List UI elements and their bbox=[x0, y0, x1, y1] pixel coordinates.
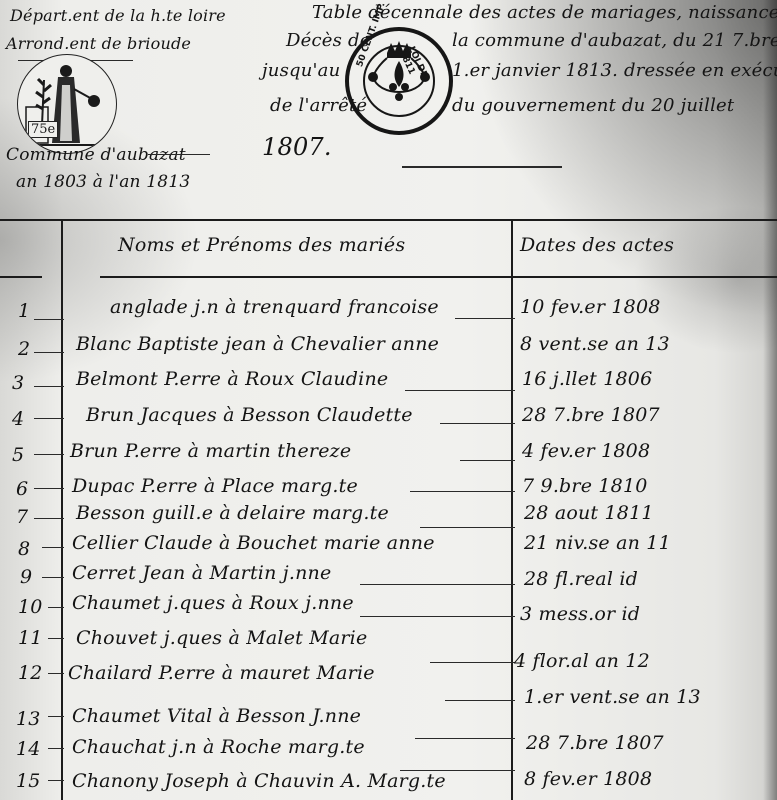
row-number: 13 bbox=[16, 708, 41, 730]
row-number: 9 bbox=[20, 566, 32, 588]
commune-dash bbox=[148, 154, 210, 155]
row-date: 4 flor.al an 12 bbox=[514, 650, 650, 672]
title-line-4b: du gouvernement du 20 juillet bbox=[452, 95, 734, 116]
row-date: 7 9.bre 1810 bbox=[522, 475, 648, 497]
row-date: 3 mess.or id bbox=[520, 603, 640, 625]
title-underline bbox=[402, 166, 562, 168]
period-line: an 1803 à l'an 1813 bbox=[16, 172, 190, 192]
title-line-2b: la commune d'aubazat, du 21 7.bre 1802 bbox=[452, 30, 777, 51]
row-names: Chaumet Vital à Besson J.nne bbox=[72, 705, 361, 727]
scanned-register-page: Départ.ent de la h.te loire Arrond.ent d… bbox=[0, 0, 777, 800]
row-number: 14 bbox=[16, 738, 41, 760]
table-middle-rule bbox=[511, 219, 513, 800]
row-names: Besson guill.e à delaire marg.te bbox=[76, 502, 389, 524]
row-date: 8 fev.er 1808 bbox=[524, 768, 652, 790]
row-names: Chailard P.erre à mauret Marie bbox=[68, 662, 375, 684]
row-names: Blanc Baptiste jean à Chevalier anne bbox=[76, 333, 439, 355]
row-date: 16 j.llet 1806 bbox=[522, 368, 652, 390]
table-left-rule bbox=[61, 219, 63, 800]
arrondissement-line: Arrond.ent de brioude bbox=[6, 34, 191, 53]
row-number: 8 bbox=[18, 538, 30, 560]
row-date: 28 7.bre 1807 bbox=[526, 732, 664, 754]
row-date: 28 fl.real id bbox=[524, 568, 638, 590]
title-line-5: 1807. bbox=[262, 133, 332, 161]
page-edge-shadow bbox=[763, 0, 777, 800]
row-names: Chouvet j.ques à Malet Marie bbox=[76, 627, 367, 649]
row-number: 2 bbox=[18, 338, 30, 360]
row-number: 7 bbox=[16, 506, 28, 528]
row-names: Cellier Claude à Bouchet marie anne bbox=[72, 532, 435, 554]
table-top-rule bbox=[0, 219, 777, 221]
row-date: 8 vent.se an 13 bbox=[520, 333, 670, 355]
row-date: 28 7.bre 1807 bbox=[522, 404, 660, 426]
header-bottom-rule-left bbox=[0, 276, 42, 278]
row-number: 3 bbox=[12, 372, 24, 394]
column-header-dates: Dates des actes bbox=[520, 234, 674, 256]
row-names: Belmont P.erre à Roux Claudine bbox=[76, 368, 388, 390]
title-line-3b: 1.er janvier 1813. dressée en exécution bbox=[452, 60, 777, 81]
row-names: Brun Jacques à Besson Claudette bbox=[86, 404, 413, 426]
row-names: Chauchat j.n à Roche marg.te bbox=[72, 736, 365, 758]
row-date: 10 fev.er 1808 bbox=[520, 296, 661, 318]
row-date: 21 niv.se an 11 bbox=[524, 532, 671, 554]
header-bottom-rule-right bbox=[100, 276, 777, 278]
title-line-3a: jusqu'au bbox=[262, 60, 340, 81]
row-number: 15 bbox=[16, 770, 41, 792]
column-header-names: Noms et Prénoms des mariés bbox=[118, 234, 405, 256]
crowned-fleur-de-lis-seal-icon: 50 CENT. IMP. LOI DE 1811 bbox=[345, 27, 453, 135]
department-line: Départ.ent de la h.te loire bbox=[10, 6, 226, 25]
vignette-number: 75e bbox=[28, 121, 58, 138]
row-number: 10 bbox=[18, 596, 43, 618]
row-names: Dupac P.erre à Place marg.te bbox=[72, 475, 358, 497]
row-names: Cerret Jean à Martin j.nne bbox=[72, 562, 331, 584]
row-number: 12 bbox=[18, 662, 43, 684]
row-date: 4 fev.er 1808 bbox=[522, 440, 650, 462]
row-names: Brun P.erre à martin thereze bbox=[70, 440, 351, 462]
row-names: anglade j.n à trenquard francoise bbox=[110, 296, 439, 318]
row-date: 28 aout 1811 bbox=[524, 502, 654, 524]
row-date: 1.er vent.se an 13 bbox=[524, 686, 701, 708]
row-number: 4 bbox=[12, 408, 24, 430]
row-number: 6 bbox=[16, 478, 28, 500]
liberty-figure-vignette-icon: 75e bbox=[17, 54, 117, 154]
commune-line: Commune d'aubazat bbox=[6, 145, 186, 165]
row-number: 1 bbox=[18, 300, 30, 322]
row-number: 11 bbox=[18, 627, 43, 649]
row-number: 5 bbox=[12, 444, 24, 466]
row-names: Chanony Joseph à Chauvin A. Marg.te bbox=[72, 770, 446, 792]
row-names: Chaumet j.ques à Roux j.nne bbox=[72, 592, 354, 614]
